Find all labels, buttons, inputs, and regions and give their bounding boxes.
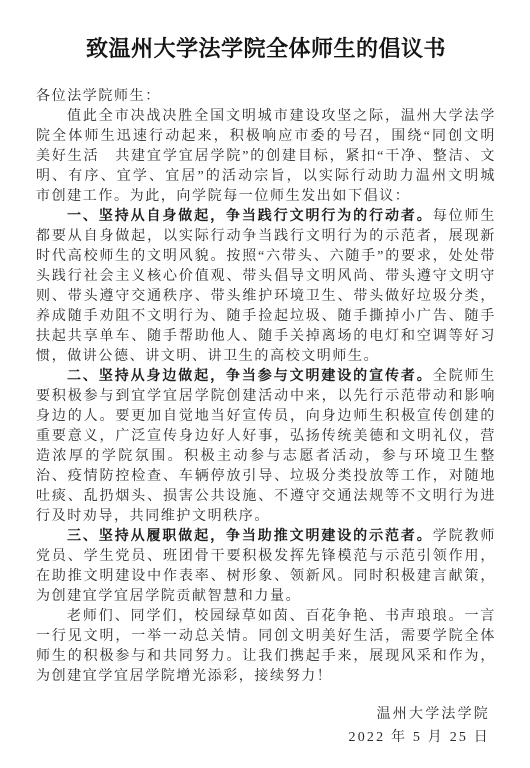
- signature-organization: 温州大学法学院: [36, 703, 490, 726]
- signature-date: 2022 年 5 月 25 日: [36, 726, 490, 749]
- signature-block: 温州大学法学院 2022 年 5 月 25 日: [36, 703, 496, 749]
- initiative-2-text: 全院师生要积极参与到宜学宜居学院创建活动中来，以先行示范带动和影响身边的人。要更…: [36, 369, 496, 524]
- document-page: 致温州大学法学院全体师生的倡议书 各位法学院师生： 值此全市决战决胜全国文明城市…: [0, 0, 530, 768]
- closing-paragraph: 老师们、同学们，校园绿草如茵、百花争艳、书声琅琅。一言一行见文明，一举一动总关情…: [36, 607, 496, 687]
- initiative-3-paragraph: 三、坚持从履职做起，争当助推文明建设的示范者。学院教师党员、学生党员、班团骨干要…: [36, 527, 496, 607]
- initiative-1-heading: 一、坚持从自身做起，争当践行文明行为的行动者。: [67, 209, 433, 224]
- salutation: 各位法学院师生：: [36, 87, 496, 107]
- initiative-2-paragraph: 二、坚持从身边做起，争当参与文明建设的宣传者。全院师生要积极参与到宜学宜居学院创…: [36, 367, 496, 527]
- closing-paragraph-text: 老师们、同学们，校园绿草如茵、百花争艳、书声琅琅。一言一行见文明，一举一动总关情…: [36, 609, 496, 684]
- document-body: 各位法学院师生： 值此全市决战决胜全国文明城市建设攻坚之际，温州大学法学院全体师…: [36, 87, 496, 687]
- initiative-1-paragraph: 一、坚持从自身做起，争当践行文明行为的行动者。每位师生都要从自身做起，以实际行动…: [36, 207, 496, 367]
- initiative-2-heading: 二、坚持从身边做起，争当参与文明建设的宣传者。: [67, 369, 433, 384]
- initiative-3-heading: 三、坚持从履职做起，争当助推文明建设的示范者。: [67, 529, 433, 544]
- initiative-1-text: 每位师生都要从自身做起，以实际行动争当践行文明行为的示范者，展现新时代高校师生的…: [36, 209, 496, 364]
- document-title: 致温州大学法学院全体师生的倡议书: [36, 32, 496, 63]
- intro-paragraph-text: 值此全市决战决胜全国文明城市建设攻坚之际，温州大学法学院全体师生迅速行动起来，积…: [36, 109, 496, 204]
- intro-paragraph: 值此全市决战决胜全国文明城市建设攻坚之际，温州大学法学院全体师生迅速行动起来，积…: [36, 107, 496, 207]
